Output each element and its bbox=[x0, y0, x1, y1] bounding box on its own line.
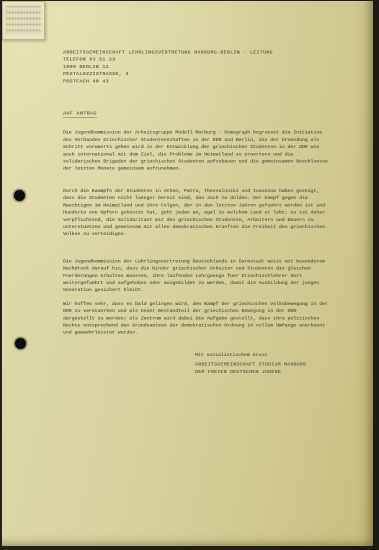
closing-organization-sub: DER FREIEN DEUTSCHEN JUGEND bbox=[195, 368, 328, 375]
scanned-letter-page: ARBEITSGEMEINSCHAFT LEHRLINGSVERTRETUNG … bbox=[0, 0, 379, 550]
letterhead: ARBEITSGEMEINSCHAFT LEHRLINGSVERTRETUNG … bbox=[63, 49, 328, 85]
stamp-marks bbox=[6, 6, 41, 34]
letterhead-street-line: PESTALOZZISTRASSE, 4 bbox=[63, 71, 328, 78]
closing-organization: ARBEITSGEMEINSCHAFT STUDIUM MARBURG bbox=[195, 361, 328, 368]
closing-salute: Mit sozialistischem Gruss bbox=[195, 351, 328, 358]
paragraph-1: Die Jugendkommission der Arbeitsgruppe M… bbox=[63, 129, 328, 172]
letterhead-phone-line: TELEFON 93 51 23 bbox=[63, 56, 328, 63]
paragraph-3: Die Jugendkommission der Lehrlingsvertre… bbox=[63, 258, 328, 294]
punch-hole-top bbox=[14, 190, 25, 201]
punch-hole-bottom bbox=[15, 338, 26, 349]
letter-body: ARBEITSGEMEINSCHAFT LEHRLINGSVERTRETUNG … bbox=[63, 49, 328, 376]
letterhead-org-line: ARBEITSGEMEINSCHAFT LEHRLINGSVERTRETUNG … bbox=[63, 49, 328, 56]
letterhead-city-line: 1000 BERLIN 12 bbox=[63, 63, 328, 70]
archive-stamp bbox=[2, 1, 45, 40]
subject-line: AUF ANTRAG bbox=[63, 110, 97, 118]
paper-sheet: ARBEITSGEMEINSCHAFT LEHRLINGSVERTRETUNG … bbox=[2, 1, 373, 546]
paragraph-2: Durch die Kaempfe der Studenten in Athen… bbox=[63, 187, 328, 237]
closing-block: Mit sozialistischem Gruss ARBEITSGEMEINS… bbox=[195, 351, 328, 375]
letterhead-postbox-line: POSTFACH 40 43 bbox=[63, 78, 328, 85]
paragraph-4: Wir hoffen sehr, dass es bald gelingen w… bbox=[63, 300, 328, 336]
